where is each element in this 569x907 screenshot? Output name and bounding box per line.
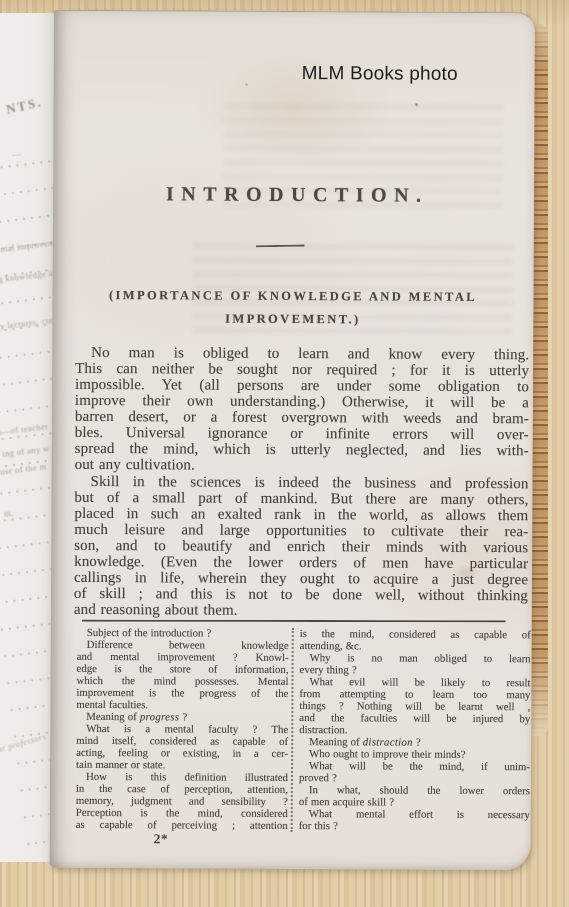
footnote-column-left: Subject of the introduction ?Difference … — [76, 627, 289, 832]
text-line: Meaning of progress ? — [76, 711, 288, 724]
facing-page-text-fragment: NTS. — [5, 94, 44, 118]
text-line: improvement is the progress of the — [76, 687, 288, 700]
page-title: INTRODUCTION. — [53, 183, 534, 209]
text-line: Perception is the mind, considered — [76, 807, 288, 820]
text-line: and mental improvement ? Knowl- — [77, 651, 289, 664]
facing-page-text-fragment: — — [11, 148, 21, 159]
text-line: What is a mental faculty ? The — [76, 723, 288, 736]
text-line: edge is the store of information, — [77, 663, 289, 676]
section-heading-line1: (IMPORTANCE OF KNOWLEDGE AND MENTAL — [52, 288, 533, 306]
text-line: How is this definition illustrated — [76, 771, 288, 784]
footnote-rule — [82, 620, 506, 623]
facing-page-text-fragment: m, — [3, 507, 14, 518]
body-paragraph: Skill in the sciences is indeed the busi… — [74, 474, 529, 620]
text-line: tain manner or state. — [76, 759, 288, 772]
text-line: for this ? — [299, 820, 530, 833]
text-line: Difference between knowledge — [77, 639, 289, 652]
footnote-columns: Subject of the introduction ?Difference … — [76, 627, 531, 833]
text-line: mind itself, considered as capable of — [76, 735, 288, 748]
text-line: as capable of perceiving ; attention — [76, 819, 288, 832]
book-page: MLM Books photo INTRODUCTION. (IMPORTANC… — [50, 10, 535, 871]
text-line: Subject of the introduction ? — [77, 627, 289, 640]
text-line: and reasoning about them. — [74, 602, 528, 620]
section-heading-line2: IMPROVEMENT.) — [52, 311, 533, 329]
photo-watermark: MLM Books photo — [302, 63, 458, 86]
body-paragraph: No man is obliged to learn and know ever… — [75, 345, 530, 475]
text-line: mental faculties. — [76, 699, 288, 712]
text-line: out any cultivation. — [75, 457, 529, 475]
book-photo-scene: NTS.—ental improvemg knowledge ay lectur… — [0, 0, 569, 907]
text-line: which the mind possesses. Mental — [76, 675, 288, 688]
page-signature: 2* — [154, 831, 169, 847]
text-line: in the case of perception, attention, — [76, 783, 288, 796]
text-line: acting, feeling or existing, in a cer- — [76, 747, 288, 760]
text-line: memory, judgment and sensibility ? — [76, 795, 288, 808]
footnote-column-right: is the mind, considered as capable ofatt… — [291, 628, 531, 833]
